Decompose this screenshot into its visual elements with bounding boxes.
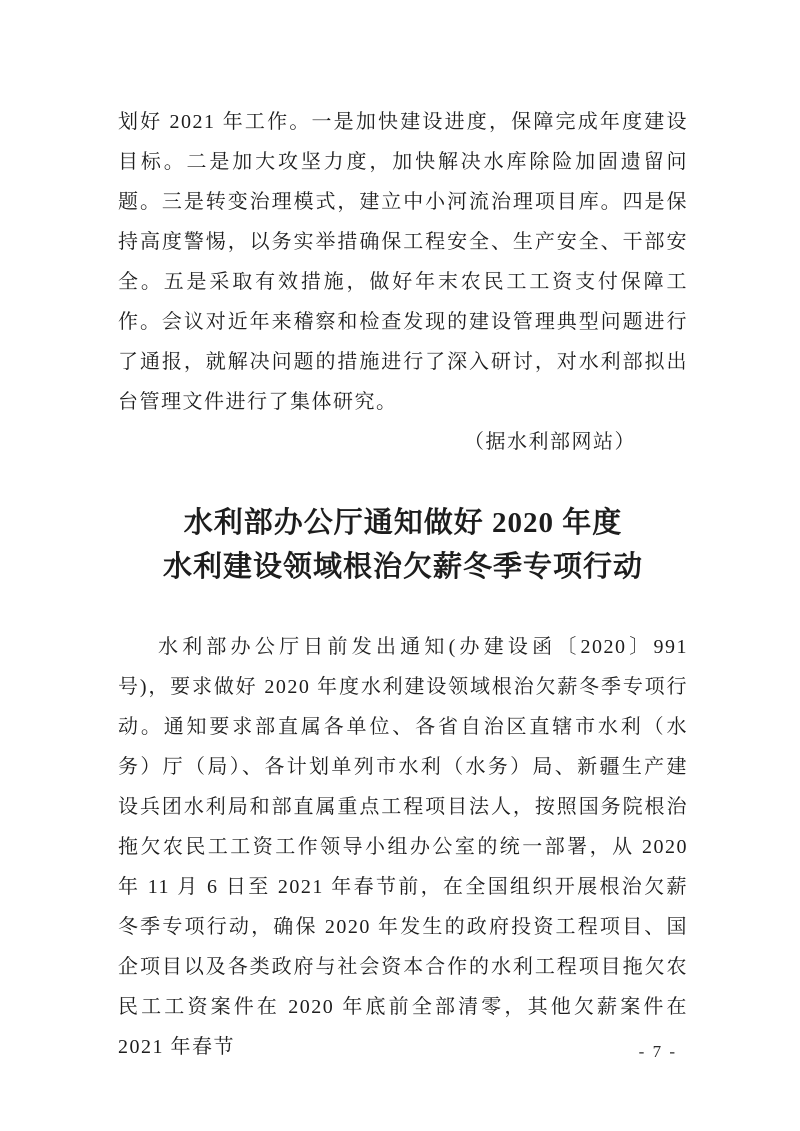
article-title-line-1: 水利部办公厅通知做好 2020 年度 <box>118 501 688 545</box>
page-number: - 7 - <box>639 1042 677 1062</box>
article-title-line-2: 水利建设领域根治欠薪冬季专项行动 <box>118 545 688 589</box>
document-page: 划好 2021 年工作。一是加快建设进度，保障完成年度建设目标。二是加大攻坚力度… <box>0 0 800 1131</box>
article-title: 水利部办公厅通知做好 2020 年度 水利建设领域根治欠薪冬季专项行动 <box>118 501 688 589</box>
source-attribution: （据水利部网站） <box>118 422 688 462</box>
continuation-paragraph: 划好 2021 年工作。一是加快建设进度，保障完成年度建设目标。二是加大攻坚力度… <box>118 102 688 422</box>
article-paragraph: 水利部办公厅日前发出通知(办建设函〔2020〕991 号)，要求做好 2020 … <box>118 627 688 1067</box>
